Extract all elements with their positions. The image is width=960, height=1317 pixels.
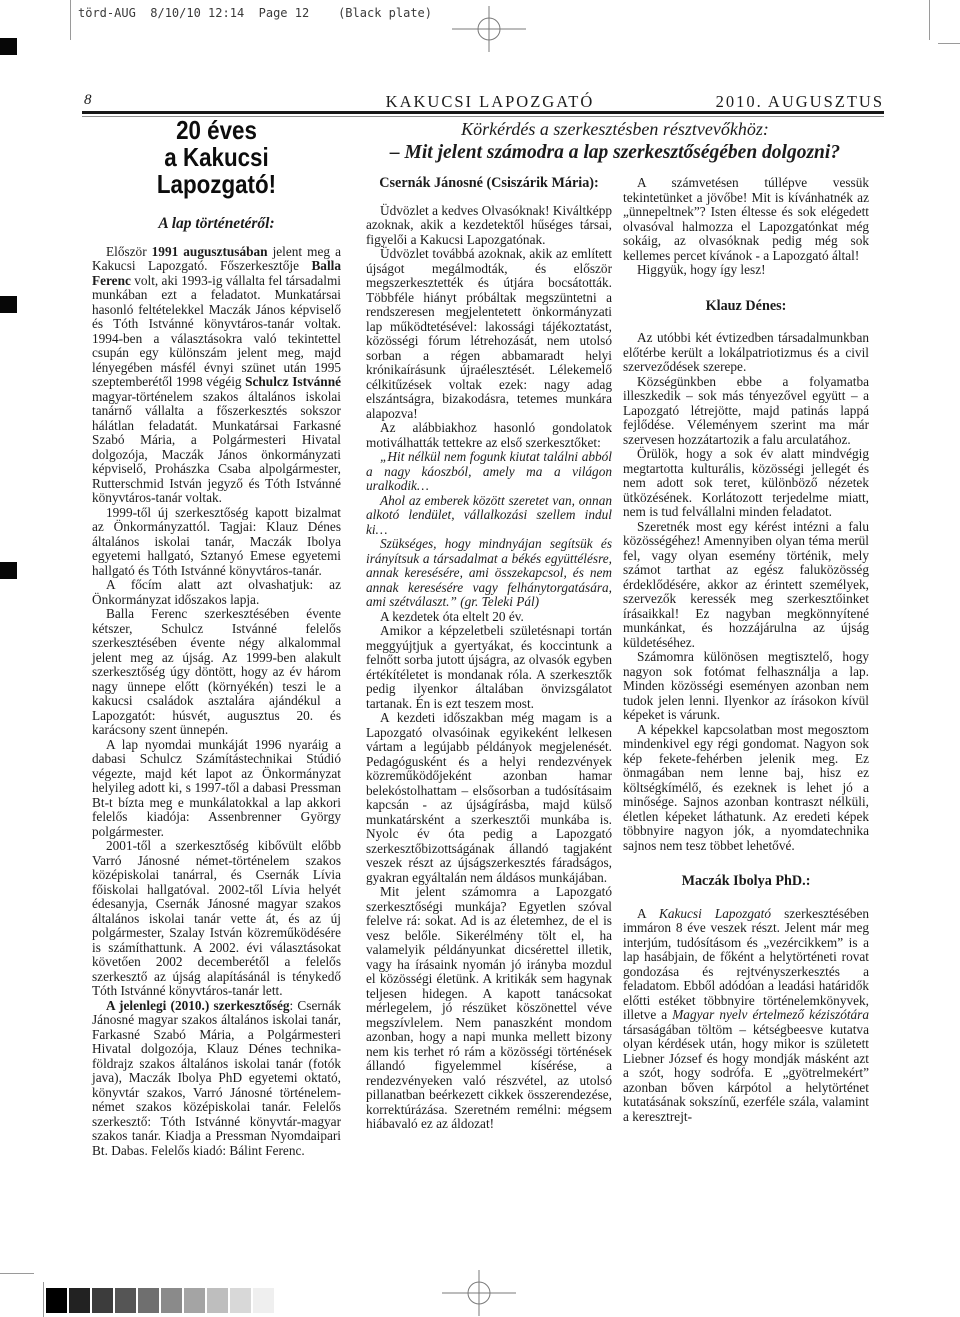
- registration-mark-icon: [442, 1270, 516, 1316]
- paragraph: A számvetésen túllépve vessük tekintetün…: [623, 176, 869, 263]
- proof-bar-text: törd-AUG 8/10/10 12:14 Page 12 (Black pl…: [78, 6, 432, 21]
- grayscale-step: [138, 1288, 159, 1313]
- paragraph: Szeretnék most egy kérést intézni a falu…: [623, 520, 869, 651]
- paragraph: Üdvözlet a kedves Olvasóknak! Kiváltképp…: [366, 204, 612, 248]
- paragraph: Mit jelent számomra a Lapozgató szerkesz…: [366, 885, 612, 1132]
- article-body: Először 1991 augusztusában jelent meg a …: [92, 245, 341, 1159]
- author-heading: Csernák Jánosné (Csiszárik Mária):: [366, 176, 612, 191]
- crop-mark: [43, 1282, 44, 1317]
- plate-mark-square: [0, 296, 17, 313]
- answer-continuation: A számvetésen túllépve vessük tekintetün…: [623, 176, 869, 278]
- paragraph: Szükséges, hogy mindnyájan segítsük és i…: [366, 537, 612, 610]
- masthead-title: KAKUCSI LAPOZGATÓ: [280, 92, 700, 112]
- newspaper-page-scan: { "proof": { "text": "törd-AUG 8/10/10 1…: [0, 0, 960, 1317]
- survey-right-column: A számvetésen túllépve vessük tekintetün…: [623, 176, 869, 1124]
- paragraph: Az utóbbi két évtizedben társadalmunkban…: [623, 331, 869, 375]
- article-title-line1: 20 éves: [109, 117, 323, 144]
- survey-heading-line2: – Mit jelent számodra a lap szerkesztősé…: [360, 141, 870, 165]
- answer-body: A Kakucsi Lapozgató szerkesztésében immá…: [623, 907, 869, 1125]
- author-heading: Maczák Ibolya PhD.:: [623, 874, 869, 889]
- grayscale-step: [184, 1288, 205, 1313]
- paragraph: „Hit nélkül nem fogunk kiutat találni ab…: [366, 450, 612, 494]
- answer-body: Az utóbbi két évtizedben társadalmunkban…: [623, 331, 869, 853]
- plate-mark-square: [0, 38, 17, 55]
- page-number: 8: [84, 92, 92, 109]
- paragraph: Amikor a képzeletbeli születésnapi tortá…: [366, 624, 612, 711]
- grayscale-step: [92, 1288, 113, 1313]
- paragraph: A kezdeti időszakban még magam is a Lapo…: [366, 711, 612, 885]
- grayscale-step: [253, 1288, 274, 1313]
- paragraph: A kezdetek óta eltelt 20 év.: [366, 610, 612, 625]
- paragraph: Balla Ferenc szerkesztésében évente kéts…: [92, 607, 341, 738]
- grayscale-calibration-bar: [46, 1288, 274, 1313]
- paragraph: Községünkben ebbe a folyamatba illeszked…: [623, 375, 869, 448]
- grayscale-step: [46, 1288, 67, 1313]
- paragraph: Az alábbiakhoz hasonló gondolatok motivá…: [366, 421, 612, 450]
- answer-body: Üdvözlet a kedves Olvasóknak! Kiváltképp…: [366, 204, 612, 1132]
- paragraph: Először 1991 augusztusában jelent meg a …: [92, 245, 341, 506]
- plate-mark-square: [0, 562, 17, 579]
- survey-middle-column: Csernák Jánosné (Csiszárik Mária): Üdvöz…: [366, 176, 612, 1132]
- crop-mark: [929, 0, 930, 40]
- crop-mark: [0, 1273, 34, 1274]
- article-title-line2: a Kakucsi Lapozgató!: [109, 144, 323, 198]
- article-subtitle: A lap történetéről:: [92, 217, 341, 232]
- crop-mark: [70, 0, 71, 40]
- paragraph: A lap nyomdai munkáját 1996 nyaráig a da…: [92, 738, 341, 840]
- paragraph: 1999-től új szerkesztőség kapott bizalma…: [92, 506, 341, 579]
- paragraph: Üdvözlet továbbá azoknak, akik az említe…: [366, 247, 612, 421]
- grayscale-step: [161, 1288, 182, 1313]
- paragraph: Számomra különösen megtisztelő, hogy nag…: [623, 650, 869, 723]
- paragraph: A Kakucsi Lapozgató szerkesztésében immá…: [623, 907, 869, 1125]
- survey-heading-line1: Körkérdés a szerkesztésben résztvevőkhöz…: [360, 118, 870, 141]
- article-title: 20 éves a Kakucsi Lapozgató!: [109, 117, 323, 198]
- crop-mark: [938, 43, 960, 44]
- paragraph: A képekkel kapcsolatban most megosztom m…: [623, 723, 869, 854]
- grayscale-step: [69, 1288, 90, 1313]
- grayscale-step: [230, 1288, 251, 1313]
- issue-date: 2010. AUGUSZTUS: [640, 92, 884, 112]
- grayscale-step: [207, 1288, 228, 1313]
- paragraph: Ahol az emberek között szeretet van, onn…: [366, 494, 612, 538]
- paragraph: Higgyük, hogy így lesz!: [623, 263, 869, 278]
- paragraph: 2001-től a szerkesztőség kibővült előbb …: [92, 839, 341, 999]
- grayscale-step: [115, 1288, 136, 1313]
- paragraph: A főcím alatt azt olvashatjuk: az Önkorm…: [92, 578, 341, 607]
- left-article-column: 20 éves a Kakucsi Lapozgató! A lap törté…: [92, 114, 341, 1158]
- paragraph: Örülök, hogy a sok év alatt mindvégig me…: [623, 447, 869, 520]
- survey-heading: Körkérdés a szerkesztésben résztvevőkhöz…: [360, 118, 870, 165]
- registration-mark-icon: [452, 6, 526, 52]
- paragraph: A jelenlegi (2010.) szerkesztőség: Csern…: [92, 999, 341, 1159]
- author-heading: Klauz Dénes:: [623, 299, 869, 314]
